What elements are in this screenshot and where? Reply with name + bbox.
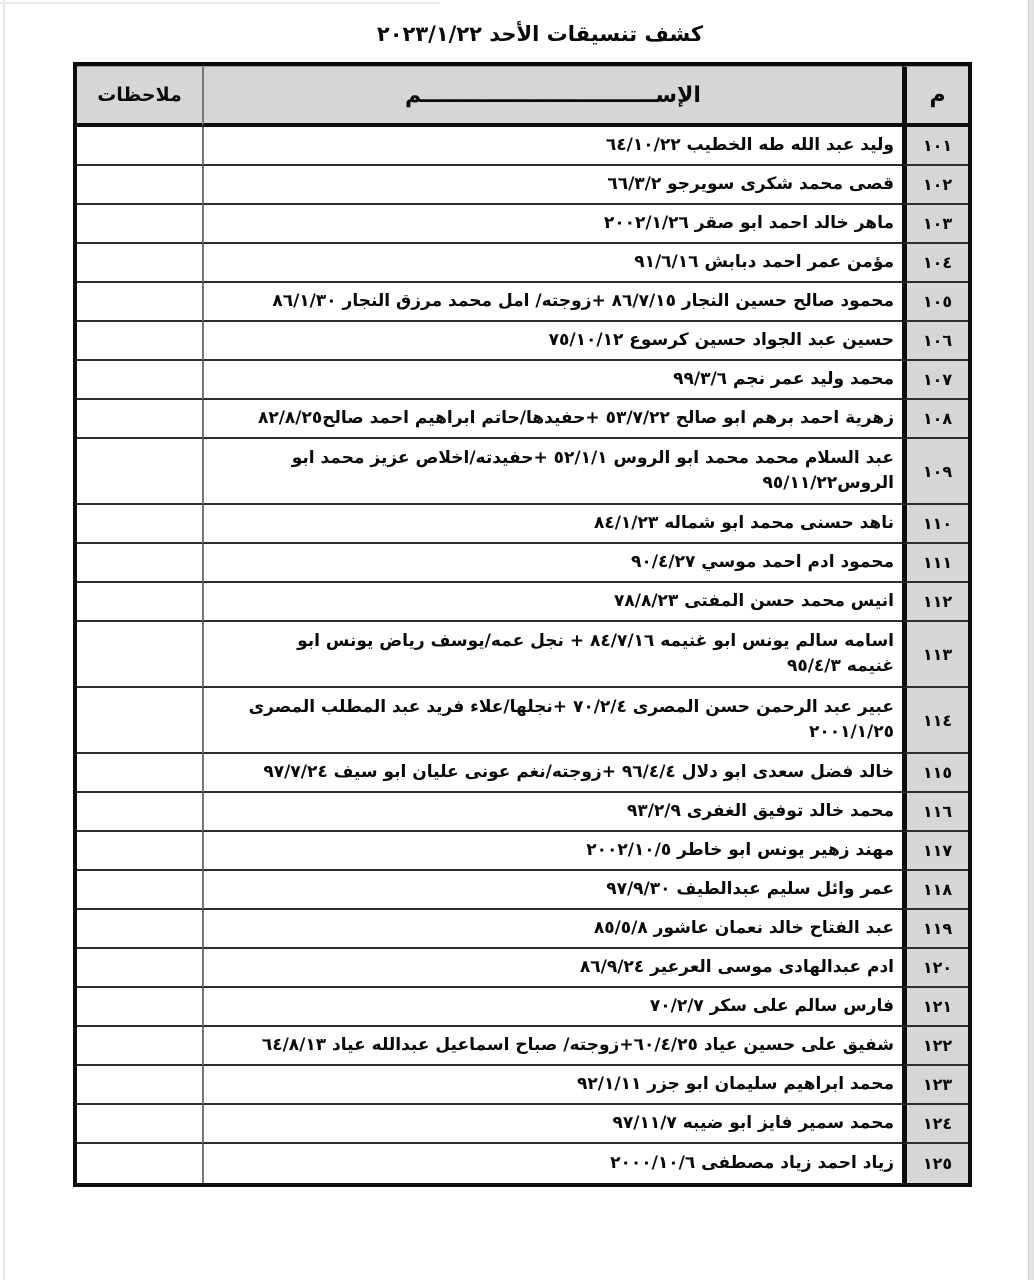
table-row: ١١٣ اسامه سالم يونس ابو غنيمه ٨٤/٧/١٦ + … xyxy=(77,622,968,688)
row-number-cell: ١٢٤ xyxy=(902,1105,968,1144)
row-number-cell: ١١٦ xyxy=(902,793,968,832)
table-row: ١١٥ خالد فضل سعدى ابو دلال ٩٦/٤/٤ +زوجته… xyxy=(77,754,968,793)
row-number-cell: ١٠٤ xyxy=(902,244,968,283)
roster-table: م الإســـــــــــــــــــــــــــــــم م… xyxy=(73,62,972,1187)
row-name-cell: فارس سالم على سكر ٧٠/٢/٧ xyxy=(202,988,902,1027)
row-notes-cell xyxy=(77,166,202,205)
row-name-cell: محمود ادم احمد موسي ٩٠/٤/٢٧ xyxy=(202,544,902,583)
row-name-cell: مؤمن عمر احمد دبابش ٩١/٦/١٦ xyxy=(202,244,902,283)
row-number-cell: ١٢٥ xyxy=(902,1144,968,1183)
row-name-cell: قصى محمد شكرى سويرجو ٦٦/٣/٢ xyxy=(202,166,902,205)
row-name-cell: محمد سمير فايز ابو ضيبه ٩٧/١١/٧ xyxy=(202,1105,902,1144)
row-notes-cell xyxy=(77,1105,202,1144)
table-row: ١٢٥ زياد احمد زياد مصطفى ٢٠٠٠/١٠/٦ xyxy=(77,1144,968,1183)
table-row: ١٢٣ محمد ابراهيم سليمان ابو جزر ٩٢/١/١١ xyxy=(77,1066,968,1105)
row-notes-cell xyxy=(77,283,202,322)
table-row: ١٢٢ شفيق على حسين عياد ٦٠/٤/٢٥+زوجته/ صب… xyxy=(77,1027,968,1066)
row-notes-cell xyxy=(77,988,202,1027)
row-name-cell: اسامه سالم يونس ابو غنيمه ٨٤/٧/١٦ + نجل … xyxy=(202,622,902,688)
row-name-cell: عمر وائل سليم عبدالطيف ٩٧/٩/٣٠ xyxy=(202,871,902,910)
row-name-cell: شفيق على حسين عياد ٦٠/٤/٢٥+زوجته/ صباح ا… xyxy=(202,1027,902,1066)
row-notes-cell xyxy=(77,244,202,283)
row-number-cell: ١٠٧ xyxy=(902,361,968,400)
roster-table-body: ١٠١ وليد عبد الله طه الخطيب ٦٤/١٠/٢٢ ١٠٢… xyxy=(77,127,968,1183)
row-number-cell: ١١٢ xyxy=(902,583,968,622)
table-row: ١٠٥ محمود صالح حسين النجار ٨٦/٧/١٥ +زوجت… xyxy=(77,283,968,322)
table-row: ١١٦ محمد خالد توفيق الغفرى ٩٣/٢/٩ xyxy=(77,793,968,832)
table-row: ١١٧ مهند زهير يونس ابو خاطر ٢٠٠٢/١٠/٥ xyxy=(77,832,968,871)
row-notes-cell xyxy=(77,1144,202,1183)
row-notes-cell xyxy=(77,544,202,583)
row-notes-cell xyxy=(77,871,202,910)
row-name-cell: زهرية احمد برهم ابو صالح ٥٣/٧/٢٢ +حفيدها… xyxy=(202,400,902,439)
table-row: ١١٤ عبير عبد الرحمن حسن المصرى ٧٠/٢/٤ +ن… xyxy=(77,688,968,754)
table-row: ١٠٣ ماهر خالد احمد ابو صقر ٢٠٠٢/١/٢٦ xyxy=(77,205,968,244)
table-row: ١٠١ وليد عبد الله طه الخطيب ٦٤/١٠/٢٢ xyxy=(77,127,968,166)
page-scan-edge-top xyxy=(0,2,440,4)
table-row: ١١١ محمود ادم احمد موسي ٩٠/٤/٢٧ xyxy=(77,544,968,583)
row-number-cell: ١١٥ xyxy=(902,754,968,793)
row-number-cell: ١١١ xyxy=(902,544,968,583)
row-number-cell: ١٢٢ xyxy=(902,1027,968,1066)
table-row: ١٠٩ عبد السلام محمد محمد ابو الروس ٥٢/١/… xyxy=(77,439,968,505)
row-notes-cell xyxy=(77,127,202,166)
table-row: ١١٢ انيس محمد حسن المفتى ٧٨/٨/٢٣ xyxy=(77,583,968,622)
row-name-cell: ماهر خالد احمد ابو صقر ٢٠٠٢/١/٢٦ xyxy=(202,205,902,244)
table-row: ١٢١ فارس سالم على سكر ٧٠/٢/٧ xyxy=(77,988,968,1027)
row-notes-cell xyxy=(77,910,202,949)
table-row: ١٠٤ مؤمن عمر احمد دبابش ٩١/٦/١٦ xyxy=(77,244,968,283)
row-name-cell: زياد احمد زياد مصطفى ٢٠٠٠/١٠/٦ xyxy=(202,1144,902,1183)
row-name-cell: محمد ابراهيم سليمان ابو جزر ٩٢/١/١١ xyxy=(202,1066,902,1105)
row-name-cell: ادم عبدالهادى موسى العرعير ٨٦/٩/٢٤ xyxy=(202,949,902,988)
row-number-cell: ١٠٨ xyxy=(902,400,968,439)
row-number-cell: ١٠٣ xyxy=(902,205,968,244)
table-row: ١١٩ عبد الفتاح خالد نعمان عاشور ٨٥/٥/٨ xyxy=(77,910,968,949)
page-scan-edge-right xyxy=(1028,0,1034,1280)
row-number-cell: ١١٣ xyxy=(902,622,968,688)
row-notes-cell xyxy=(77,400,202,439)
table-row: ١١٠ ناهد حسنى محمد ابو شماله ٨٤/١/٢٣ xyxy=(77,505,968,544)
scanned-document-page: { "page": { "title": "كشف تنسيقات الأحد … xyxy=(0,0,1034,1280)
row-number-cell: ١٢١ xyxy=(902,988,968,1027)
row-notes-cell xyxy=(77,1066,202,1105)
row-number-cell: ١٢٣ xyxy=(902,1066,968,1105)
table-row: ١٠٧ محمد وليد عمر نجم ٩٩/٣/٦ xyxy=(77,361,968,400)
row-number-cell: ١٠٦ xyxy=(902,322,968,361)
row-notes-cell xyxy=(77,793,202,832)
table-row: ١١٨ عمر وائل سليم عبدالطيف ٩٧/٩/٣٠ xyxy=(77,871,968,910)
row-notes-cell xyxy=(77,754,202,793)
table-row: ١٢٠ ادم عبدالهادى موسى العرعير ٨٦/٩/٢٤ xyxy=(77,949,968,988)
header-name: الإســـــــــــــــــــــــــــــــم xyxy=(202,66,902,127)
row-notes-cell xyxy=(77,1027,202,1066)
row-number-cell: ١٠٩ xyxy=(902,439,968,505)
row-number-cell: ١١٧ xyxy=(902,832,968,871)
page-scan-edge-left xyxy=(3,0,5,1280)
row-name-cell: عبد السلام محمد محمد ابو الروس ٥٢/١/١ +ح… xyxy=(202,439,902,505)
row-name-cell: حسين عبد الجواد حسين كرسوع ٧٥/١٠/١٢ xyxy=(202,322,902,361)
row-name-cell: عبير عبد الرحمن حسن المصرى ٧٠/٢/٤ +نجلها… xyxy=(202,688,902,754)
table-row: ١٠٨ زهرية احمد برهم ابو صالح ٥٣/٧/٢٢ +حف… xyxy=(77,400,968,439)
row-notes-cell xyxy=(77,622,202,688)
row-notes-cell xyxy=(77,439,202,505)
table-row: ١٢٤ محمد سمير فايز ابو ضيبه ٩٧/١١/٧ xyxy=(77,1105,968,1144)
row-notes-cell xyxy=(77,832,202,871)
row-name-cell: محمود صالح حسين النجار ٨٦/٧/١٥ +زوجته/ ا… xyxy=(202,283,902,322)
row-number-cell: ١١٨ xyxy=(902,871,968,910)
header-notes: ملاحظات xyxy=(77,66,202,127)
row-notes-cell xyxy=(77,583,202,622)
row-notes-cell xyxy=(77,361,202,400)
header-number: م xyxy=(902,66,968,127)
page-title: كشف تنسيقات الأحد ٢٠٢٣/١/٢٢ xyxy=(40,22,1034,46)
row-number-cell: ١١٠ xyxy=(902,505,968,544)
table-row: ١٠٦ حسين عبد الجواد حسين كرسوع ٧٥/١٠/١٢ xyxy=(77,322,968,361)
row-notes-cell xyxy=(77,205,202,244)
row-number-cell: ١١٤ xyxy=(902,688,968,754)
row-name-cell: عبد الفتاح خالد نعمان عاشور ٨٥/٥/٨ xyxy=(202,910,902,949)
row-name-cell: انيس محمد حسن المفتى ٧٨/٨/٢٣ xyxy=(202,583,902,622)
row-number-cell: ١٢٠ xyxy=(902,949,968,988)
row-name-cell: خالد فضل سعدى ابو دلال ٩٦/٤/٤ +زوجته/نغم… xyxy=(202,754,902,793)
table-row: ١٠٢ قصى محمد شكرى سويرجو ٦٦/٣/٢ xyxy=(77,166,968,205)
row-notes-cell xyxy=(77,688,202,754)
row-notes-cell xyxy=(77,322,202,361)
row-name-cell: محمد خالد توفيق الغفرى ٩٣/٢/٩ xyxy=(202,793,902,832)
row-name-cell: ناهد حسنى محمد ابو شماله ٨٤/١/٢٣ xyxy=(202,505,902,544)
row-number-cell: ١٠٥ xyxy=(902,283,968,322)
row-notes-cell xyxy=(77,505,202,544)
row-number-cell: ١٠٢ xyxy=(902,166,968,205)
row-number-cell: ١١٩ xyxy=(902,910,968,949)
header-row: م الإســـــــــــــــــــــــــــــــم م… xyxy=(77,66,968,127)
row-name-cell: مهند زهير يونس ابو خاطر ٢٠٠٢/١٠/٥ xyxy=(202,832,902,871)
row-name-cell: وليد عبد الله طه الخطيب ٦٤/١٠/٢٢ xyxy=(202,127,902,166)
row-notes-cell xyxy=(77,949,202,988)
row-name-cell: محمد وليد عمر نجم ٩٩/٣/٦ xyxy=(202,361,902,400)
row-number-cell: ١٠١ xyxy=(902,127,968,166)
